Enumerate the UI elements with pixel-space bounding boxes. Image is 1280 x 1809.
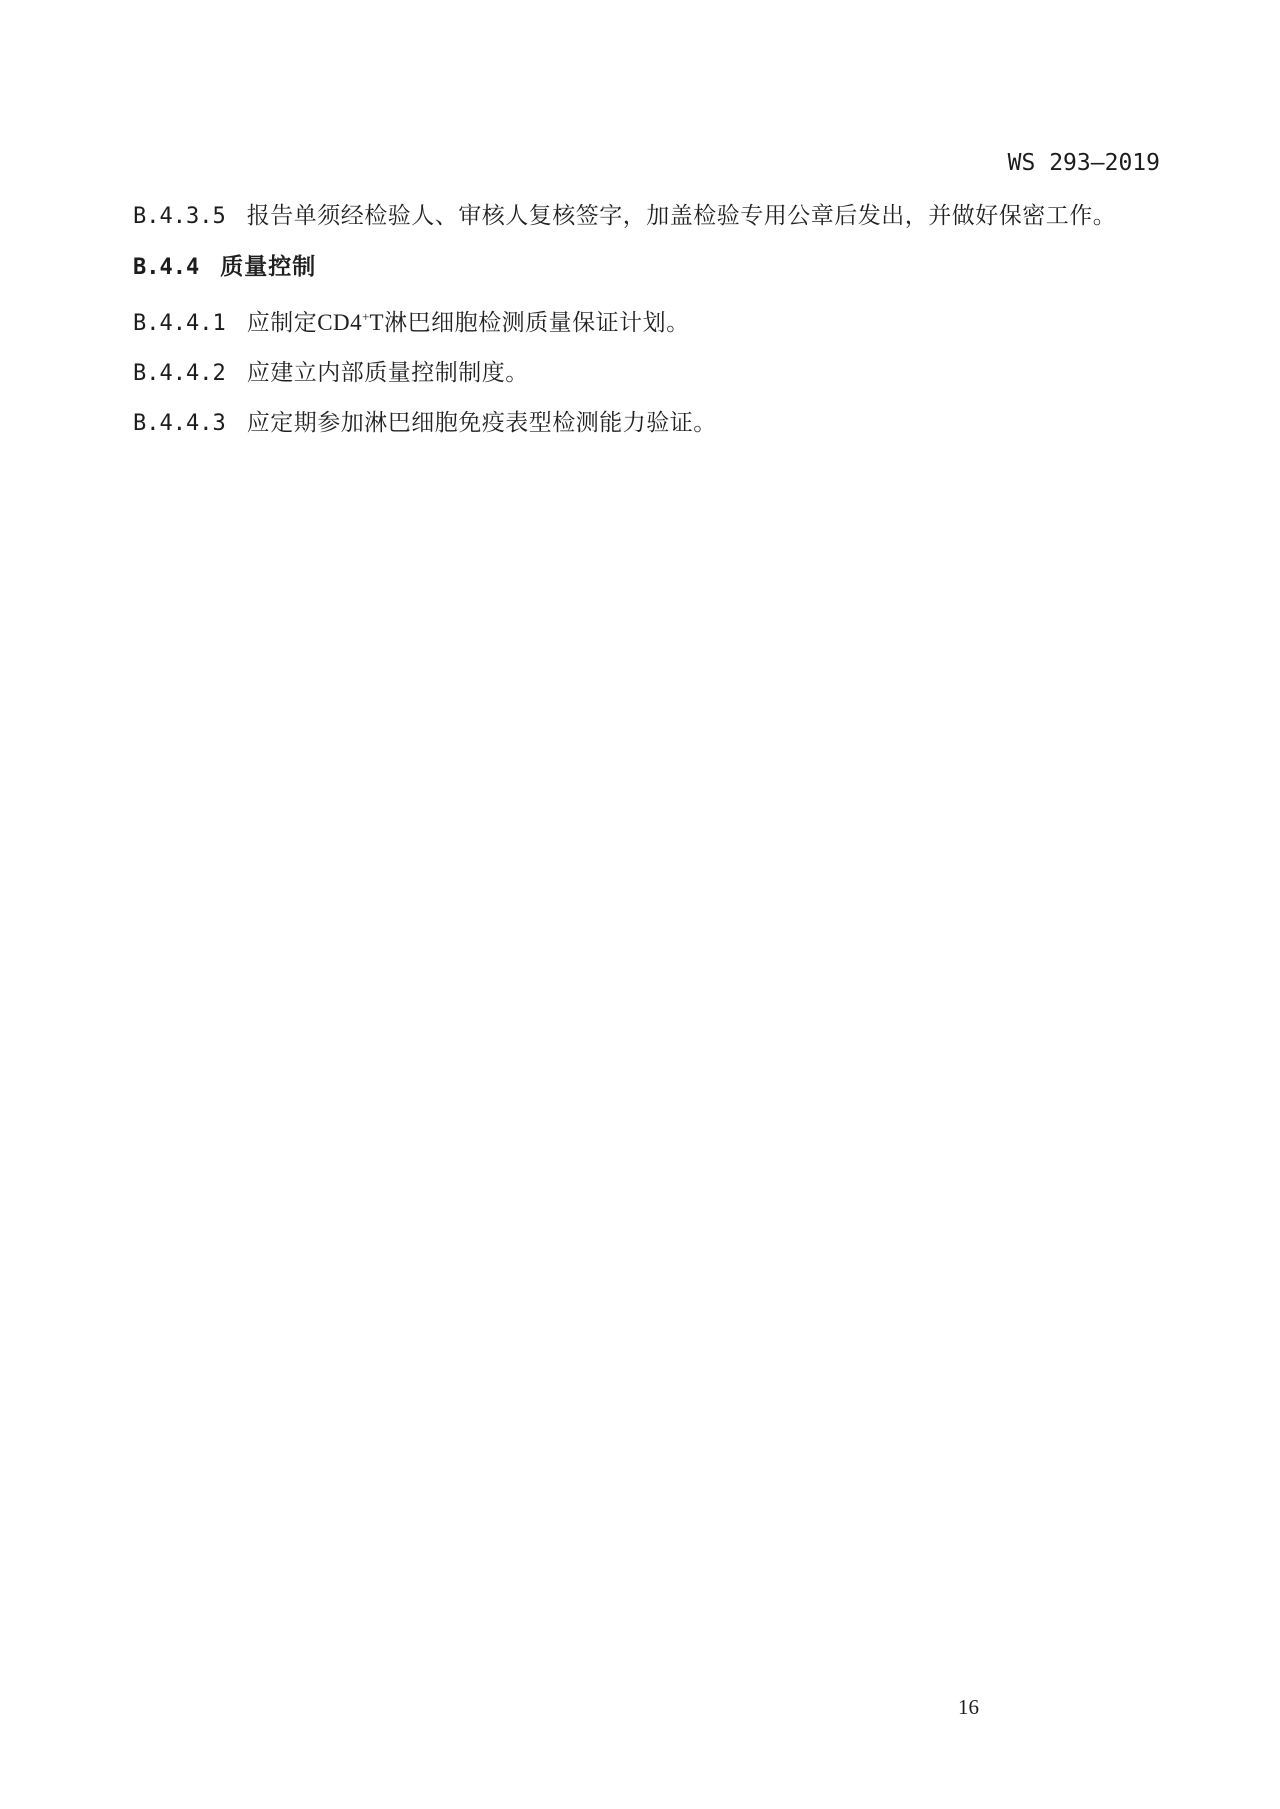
section-title: 质量控制 [220, 253, 316, 279]
document-body: B.4.3.5 报告单须经检验人、审核人复核签字，加盖检验专用公章后发出，并做好… [133, 203, 1170, 460]
clause-b442: B.4.4.2 应建立内部质量控制制度。 [133, 360, 1170, 387]
superscript-plus: + [362, 309, 369, 324]
standard-number-header: WS 293—2019 [1008, 150, 1160, 176]
clause-text: 报告单须经检验人、审核人复核签字，加盖检验专用公章后发出，并做好保密工作。 [247, 203, 1117, 229]
clause-b443: B.4.4.3 应定期参加淋巴细胞免疫表型检测能力验证。 [133, 410, 1170, 437]
clause-text: 应制定CD4+T淋巴细胞检测质量保证计划。 [247, 304, 690, 336]
clause-number: B.4.4.1 [133, 311, 226, 337]
clause-text-pre: 应制定CD4 [247, 310, 362, 335]
clause-number: B.4.3.5 [133, 204, 226, 230]
clause-b435: B.4.3.5 报告单须经检验人、审核人复核签字，加盖检验专用公章后发出，并做好… [133, 203, 1170, 230]
clause-number: B.4.4.2 [133, 361, 226, 387]
page-number: 16 [958, 1695, 979, 1720]
clause-text: 应定期参加淋巴细胞免疫表型检测能力验证。 [247, 410, 717, 436]
document-page: WS 293—2019 B.4.3.5 报告单须经检验人、审核人复核签字，加盖检… [0, 0, 1280, 1809]
clause-text-post: T淋巴细胞检测质量保证计划。 [370, 310, 690, 335]
clause-b441: B.4.4.1 应制定CD4+T淋巴细胞检测质量保证计划。 [133, 304, 1170, 337]
clause-number: B.4.4 [133, 255, 199, 281]
clause-number: B.4.4.3 [133, 411, 226, 437]
clause-heading-b44: B.4.4 质量控制 [133, 253, 1170, 281]
clause-text: 应建立内部质量控制制度。 [247, 360, 529, 386]
